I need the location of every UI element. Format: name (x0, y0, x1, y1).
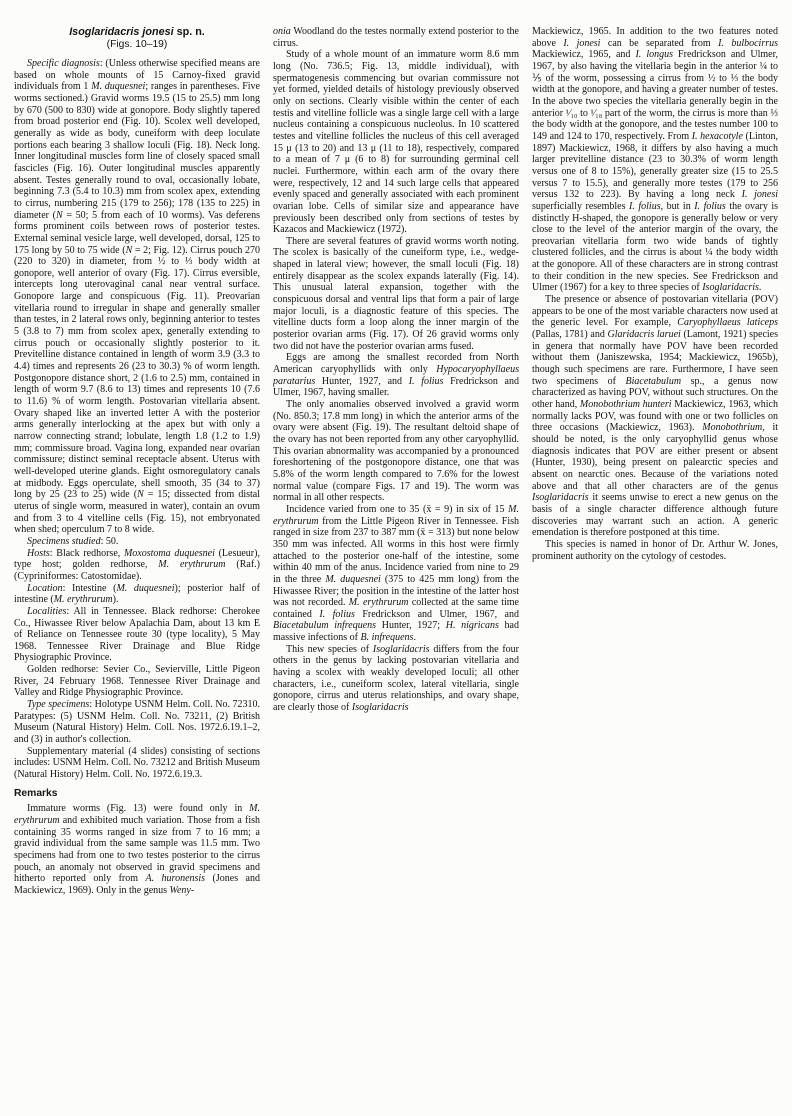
text-run: M. erythrurum (349, 597, 409, 608)
text-run: , but in (661, 201, 695, 212)
paragraph: Hosts: Black redhorse, Moxostoma duquesn… (14, 548, 260, 583)
column-1: Isoglaridacris jonesi sp. n.(Figs. 10–19… (14, 26, 260, 1094)
text-run: Isoglaridacris (532, 492, 589, 503)
text-run: I. jonesi (742, 189, 778, 200)
text-run: I. bulbocirrus (718, 38, 778, 49)
text-run: Localities (27, 606, 66, 617)
text-run: Immature worms (Fig. 13) were found only… (27, 803, 249, 814)
text-run: Isoglaridacris (373, 644, 430, 655)
text-run: : Black redhorse, (50, 548, 124, 559)
text-run: N (56, 210, 63, 221)
text-run: Incidence varied from one to 35 (x̄ = 9)… (286, 504, 508, 515)
text-run: H. nigricans (446, 620, 499, 631)
text-run: : 50. (101, 536, 119, 547)
paragraph: Location: Intestine (M. duquesnei); post… (14, 583, 260, 606)
text-run: Moxostoma duquesnei (124, 548, 215, 559)
text-run: I. hexacotyle (692, 131, 743, 142)
figure-reference: (Figs. 10–19) (14, 39, 260, 51)
text-run: superficially resembles (532, 201, 629, 212)
paragraph: Mackiewicz, 1965. In addition to the two… (532, 26, 778, 294)
text-run: The only anomalies observed involved a g… (273, 399, 519, 503)
text-run: There are several features of gravid wor… (273, 236, 519, 352)
text-run: M. erythrurum (158, 559, 225, 570)
text-run: Isoglaridacris jonesi (69, 26, 173, 38)
text-run: Fredrickson and Ulmer, 1967, and (355, 609, 519, 620)
text-run: Isoglaridacris (352, 702, 409, 713)
paragraph: Localities: All in Tennessee. Black redh… (14, 606, 260, 664)
text-run: Fredrickson and Ulmer, 1967, by also hav… (532, 49, 778, 142)
text-run: . (413, 632, 416, 643)
text-run: Glaridacris laruei (608, 329, 681, 340)
text-run: Type specimens (27, 699, 89, 710)
column-3: Mackiewicz, 1965. In addition to the two… (532, 26, 778, 1094)
text-run: = 2; Fig. 12). Cirrus pouch 270 (220 to … (14, 245, 260, 501)
text-run: I. folius (694, 201, 726, 212)
paragraph: This new species of Isoglaridacris diffe… (273, 644, 519, 714)
text-run: (Pallas, 1781) and (532, 329, 608, 340)
text-run: This new species of (286, 644, 373, 655)
text-run: Specific diagnosis (27, 58, 100, 69)
text-run: M. erythrurum (54, 594, 113, 605)
text-run: I. folius (409, 376, 444, 387)
text-run: N (137, 489, 144, 500)
article-title: Isoglaridacris jonesi sp. n. (14, 26, 260, 39)
text-run: Biacetabulum infrequens (273, 620, 376, 631)
paragraph: Immature worms (Fig. 13) were found only… (14, 803, 260, 896)
text-run: Hunter, 1927, and (315, 376, 408, 387)
text-run: sp. n. (174, 26, 205, 38)
text-run: Mackiewicz, 1965, and (532, 49, 635, 60)
text-run: Biacetabulum (626, 376, 682, 387)
paragraph: Specimens studied: 50. (14, 536, 260, 548)
text-run: Isoglaridacris (702, 282, 759, 293)
paragraph: This species is named in honor of Dr. Ar… (532, 539, 778, 562)
text-run: the ovary is distinctly H-shaped, the go… (532, 201, 778, 294)
text-run: Location (27, 583, 63, 594)
paper-page: Isoglaridacris jonesi sp. n.(Figs. 10–19… (0, 0, 792, 1116)
text-run: I. longus (635, 49, 673, 60)
paragraph: Incidence varied from one to 35 (x̄ = 9)… (273, 504, 519, 644)
text-run: Monobothrium (702, 422, 762, 433)
paragraph: There are several features of gravid wor… (273, 236, 519, 353)
text-run: Woodland do the testes normally extend p… (273, 26, 519, 49)
paragraph: Eggs are among the smallest recorded fro… (273, 352, 519, 399)
text-run: . (759, 282, 762, 293)
text-run: Hunter, 1927; (376, 620, 446, 631)
text-run: Golden redhorse: Sevier Co., Sevierville… (14, 664, 260, 698)
paragraph: Golden redhorse: Sevier Co., Sevierville… (14, 664, 260, 699)
text-run: A. huronensis (145, 873, 205, 884)
text-run: I. folius (319, 609, 355, 620)
text-run: M. duquesnei (91, 81, 145, 92)
text-run: (Figs. 10–19) (107, 39, 168, 50)
text-run: onia (273, 26, 291, 37)
paragraph: Specific diagnosis: (Unless otherwise sp… (14, 58, 260, 536)
text-run: ; ranges in parentheses. Five worms sect… (14, 81, 260, 220)
text-run: M. duquesnei (116, 583, 174, 594)
text-run: can be separated from (600, 38, 718, 49)
text-run: This species is named in honor of Dr. Ar… (532, 539, 778, 562)
paragraph: onia Woodland do the testes normally ext… (273, 26, 519, 49)
text-run: ). (113, 594, 119, 605)
text-run: : Intestine ( (63, 583, 117, 594)
text-columns: Isoglaridacris jonesi sp. n.(Figs. 10–19… (0, 0, 792, 1094)
text-run: Monobothrium hunteri (580, 399, 672, 410)
text-run: Weny- (170, 885, 195, 896)
text-run: I. folius (629, 201, 661, 212)
text-run: I. jonesi (563, 38, 600, 49)
section-heading: Remarks (14, 788, 260, 800)
paragraph: Study of a whole mount of an immature wo… (273, 49, 519, 236)
paragraph: The only anomalies observed involved a g… (273, 399, 519, 504)
text-run: Caryophyllaeus laticeps (677, 317, 778, 328)
text-run: Specimens studied (27, 536, 101, 547)
text-run: Remarks (14, 788, 58, 799)
paragraph: Type specimens: Holotype USNM Helm. Coll… (14, 699, 260, 746)
text-run: Hosts (27, 548, 50, 559)
text-run: Supplementary material (4 slides) consis… (14, 746, 260, 780)
paragraph: Supplementary material (4 slides) consis… (14, 746, 260, 781)
text-run: M. duquesnei (325, 574, 381, 585)
column-2: onia Woodland do the testes normally ext… (273, 26, 519, 1094)
text-run: B. infrequens (360, 632, 413, 643)
text-run: Study of a whole mount of an immature wo… (273, 49, 519, 235)
paragraph: The presence or absence of postovarian v… (532, 294, 778, 539)
